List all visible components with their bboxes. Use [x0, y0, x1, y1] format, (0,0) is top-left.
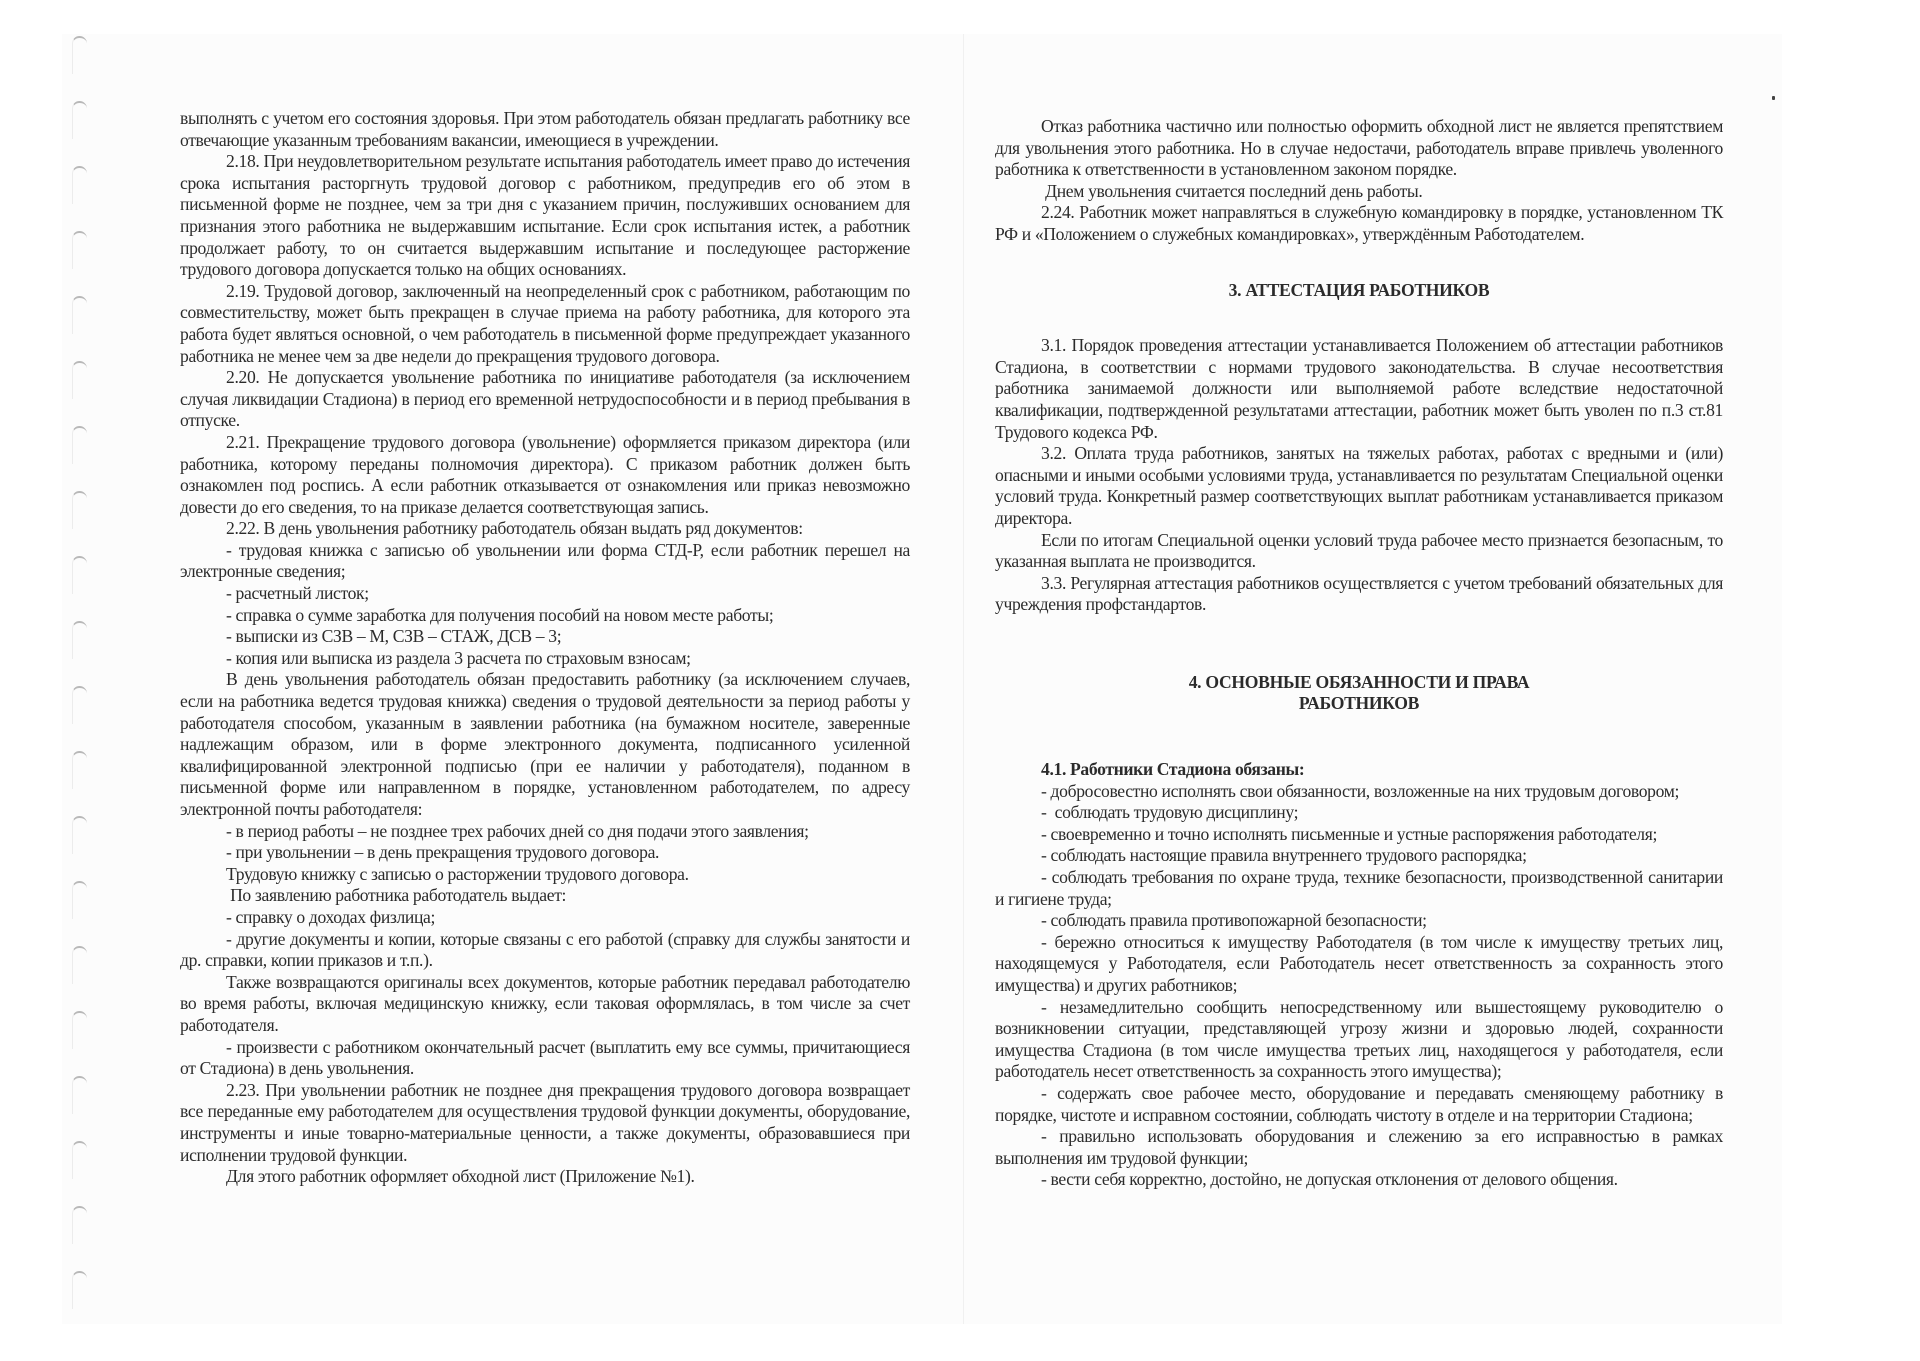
page-fold-divider — [963, 34, 964, 1324]
paragraph-2-19: 2.19. Трудовой договор, заключенный на н… — [180, 281, 910, 367]
binding-mark — [72, 751, 87, 789]
list-item: - в период работы – не позднее трех рабо… — [180, 821, 910, 843]
paragraph: Трудовую книжку с записью о расторжении … — [180, 864, 910, 886]
paragraph: Если по итогам Специальной оценки услови… — [995, 530, 1723, 573]
binding-mark — [72, 231, 87, 269]
list-item: - правильно использовать оборудования и … — [995, 1126, 1723, 1169]
binding-mark — [72, 166, 87, 204]
paragraph-dismissal-info: В день увольнения работодатель обязан пр… — [180, 669, 910, 820]
subsection-4-1-heading: 4.1. Работники Стадиона обязаны: — [995, 759, 1723, 781]
binding-mark — [72, 556, 87, 594]
list-item: - незамедлительно сообщить непосредствен… — [995, 997, 1723, 1083]
right-page-column: Отказ работника частично или полностью о… — [995, 106, 1723, 1191]
binding-mark — [72, 1141, 87, 1179]
binding-mark — [72, 1076, 87, 1114]
paragraph-dismissal-day: Днем увольнения считается последний день… — [995, 181, 1723, 203]
list-item: - соблюдать требования по охране труда, … — [995, 867, 1723, 910]
paragraph-3-2: 3.2. Оплата труда работников, занятых на… — [995, 443, 1723, 529]
list-item: - вести себя корректно, достойно, не доп… — [995, 1169, 1723, 1191]
binding-mark — [72, 1206, 87, 1244]
binding-mark — [72, 491, 87, 529]
binding-mark — [72, 946, 87, 984]
paragraph-refusal: Отказ работника частично или полностью о… — [995, 116, 1723, 181]
list-item: - выписки из СЗВ – М, СЗВ – СТАЖ, ДСВ – … — [180, 626, 910, 648]
paragraph-3-3: 3.3. Регулярная аттестация работников ос… — [995, 573, 1723, 616]
list-item: - добросовестно исполнять свои обязаннос… — [995, 781, 1723, 803]
paragraph-2-18: 2.18. При неудовлетворительном результат… — [180, 151, 910, 281]
list-item: - соблюдать настоящие правила внутреннег… — [995, 845, 1723, 867]
binding-mark — [72, 816, 87, 854]
list-item: - расчетный листок; — [180, 583, 910, 605]
paragraph-2-24: 2.24. Работник может направляться в служ… — [995, 202, 1723, 245]
binding-mark — [72, 881, 87, 919]
list-item: - бережно относиться к имуществу Работод… — [995, 932, 1723, 997]
section-4-heading: 4. ОСНОВНЫЕ ОБЯЗАННОСТИ И ПРАВА — [995, 672, 1723, 694]
binding-mark — [72, 101, 87, 139]
binding-mark — [72, 1011, 87, 1049]
section-3-heading: 3. АТТЕСТАЦИЯ РАБОТНИКОВ — [995, 280, 1723, 302]
left-page-column: выполнять с учетом его состояния здоровь… — [180, 108, 910, 1188]
list-item: - произвести с работником окончательный … — [180, 1037, 910, 1080]
paragraph-continuation: выполнять с учетом его состояния здоровь… — [180, 108, 910, 151]
paragraph-3-1: 3.1. Порядок проведения аттестации устан… — [995, 335, 1723, 443]
section-4-heading-line2: РАБОТНИКОВ — [995, 693, 1723, 715]
list-item: - трудовая книжка с записью об увольнени… — [180, 540, 910, 583]
list-item: - справка о сумме заработка для получени… — [180, 605, 910, 627]
paragraph: Также возвращаются оригиналы всех докуме… — [180, 972, 910, 1037]
list-item: - копия или выписка из раздела 3 расчета… — [180, 648, 910, 670]
paragraph-2-23: 2.23. При увольнении работник не позднее… — [180, 1080, 910, 1166]
binding-hole-marks — [72, 34, 102, 1324]
list-item: - содержать свое рабочее место, оборудов… — [995, 1083, 1723, 1126]
paragraph: По заявлению работника работодатель выда… — [180, 885, 910, 907]
binding-mark — [72, 361, 87, 399]
binding-mark — [72, 36, 87, 74]
list-item: - соблюдать правила противопожарной безо… — [995, 910, 1723, 932]
paragraph-2-21: 2.21. Прекращение трудового договора (ув… — [180, 432, 910, 518]
list-item: - своевременно и точно исполнять письмен… — [995, 824, 1723, 846]
list-item: - справку о доходах физлица; — [180, 907, 910, 929]
list-item: - другие документы и копии, которые связ… — [180, 929, 910, 972]
binding-mark — [72, 426, 87, 464]
scan-speck — [1772, 96, 1775, 100]
paragraph-2-20: 2.20. Не допускается увольнение работник… — [180, 367, 910, 432]
binding-mark — [72, 296, 87, 334]
list-item: - соблюдать трудовую дисциплину; — [995, 802, 1723, 824]
paragraph-bypass-sheet: Для этого работник оформляет обходной ли… — [180, 1166, 910, 1188]
binding-mark — [72, 686, 87, 724]
binding-mark — [72, 621, 87, 659]
paragraph-2-22: 2.22. В день увольнения работнику работо… — [180, 518, 910, 540]
binding-mark — [72, 1271, 87, 1309]
list-item: - при увольнении – в день прекращения тр… — [180, 842, 910, 864]
